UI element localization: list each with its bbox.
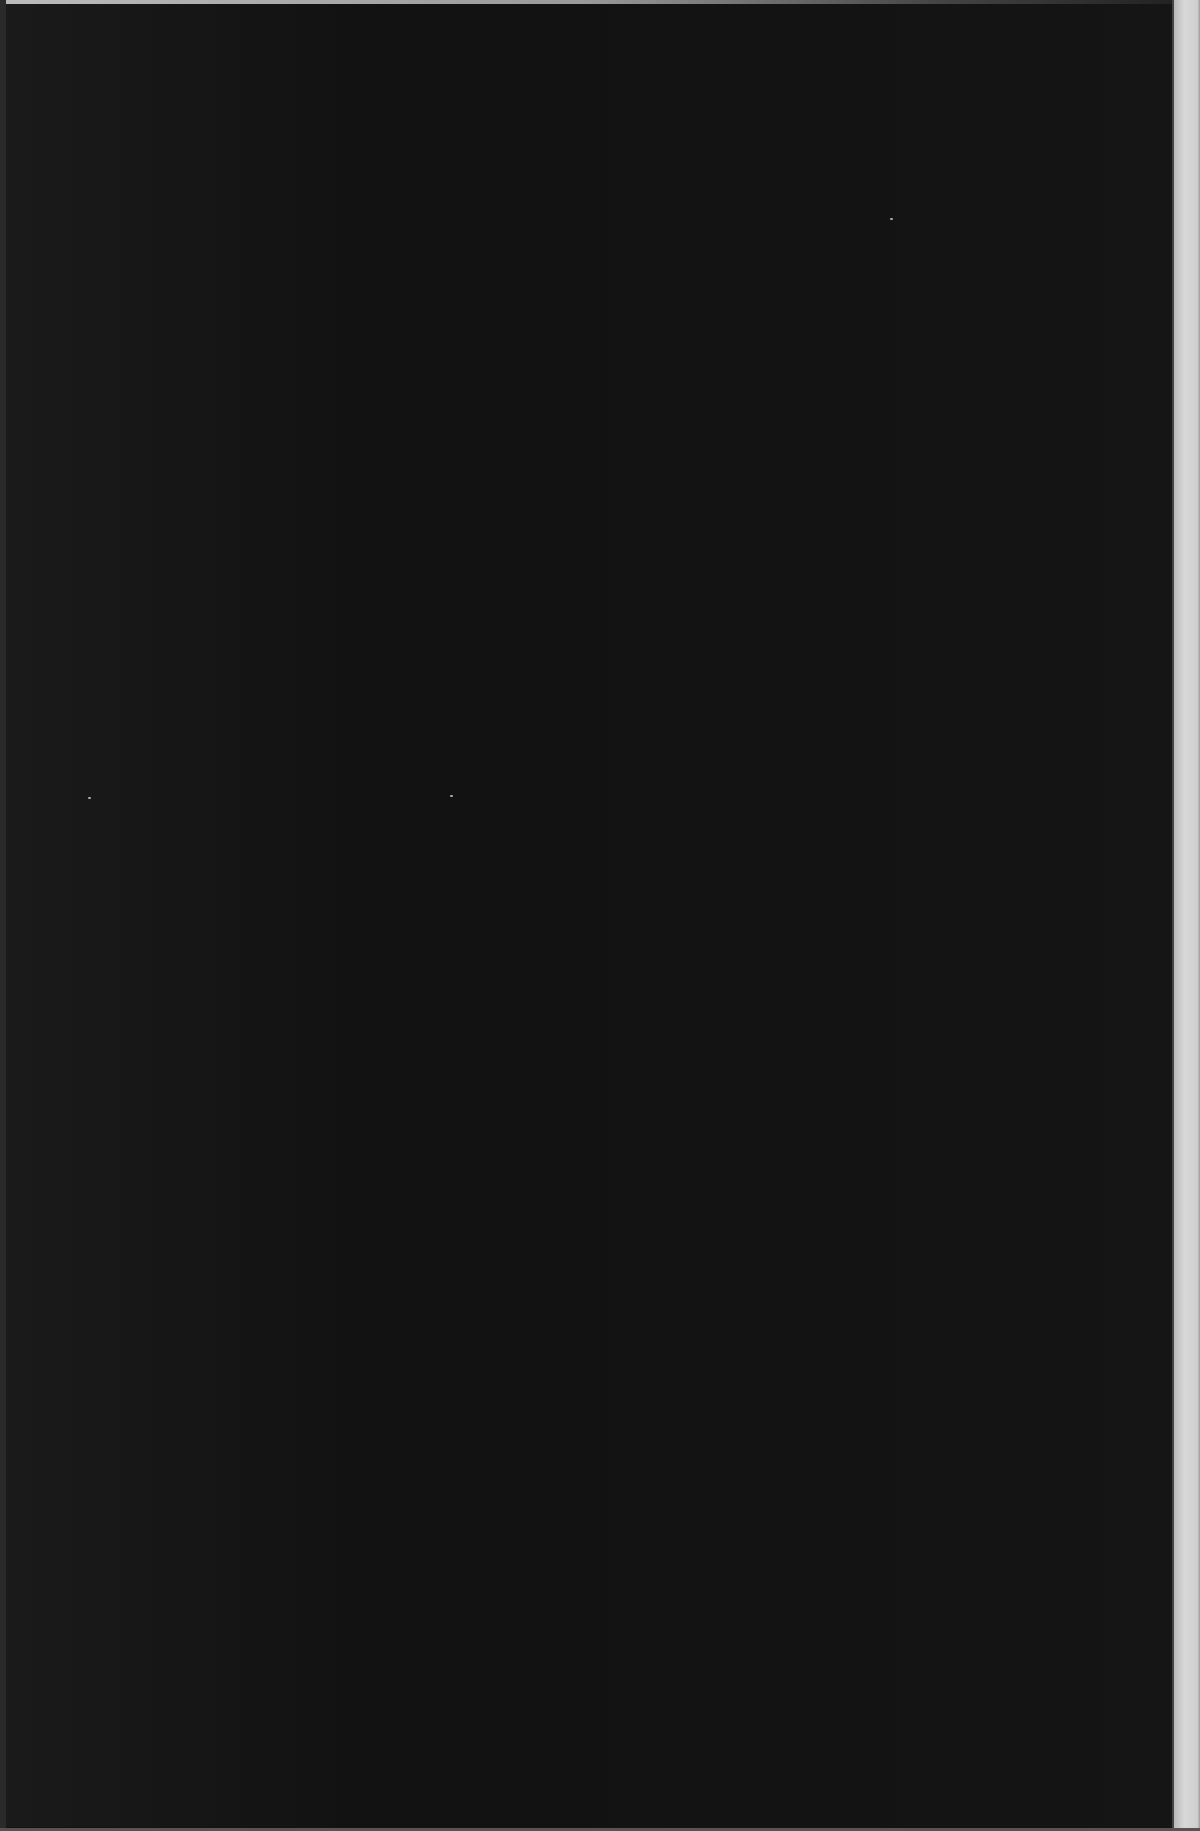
dust-speck [890, 218, 893, 220]
dust-speck [88, 797, 91, 799]
black-page [6, 4, 1174, 1827]
dust-speck [450, 795, 453, 797]
right-scan-edge [1172, 0, 1200, 1831]
